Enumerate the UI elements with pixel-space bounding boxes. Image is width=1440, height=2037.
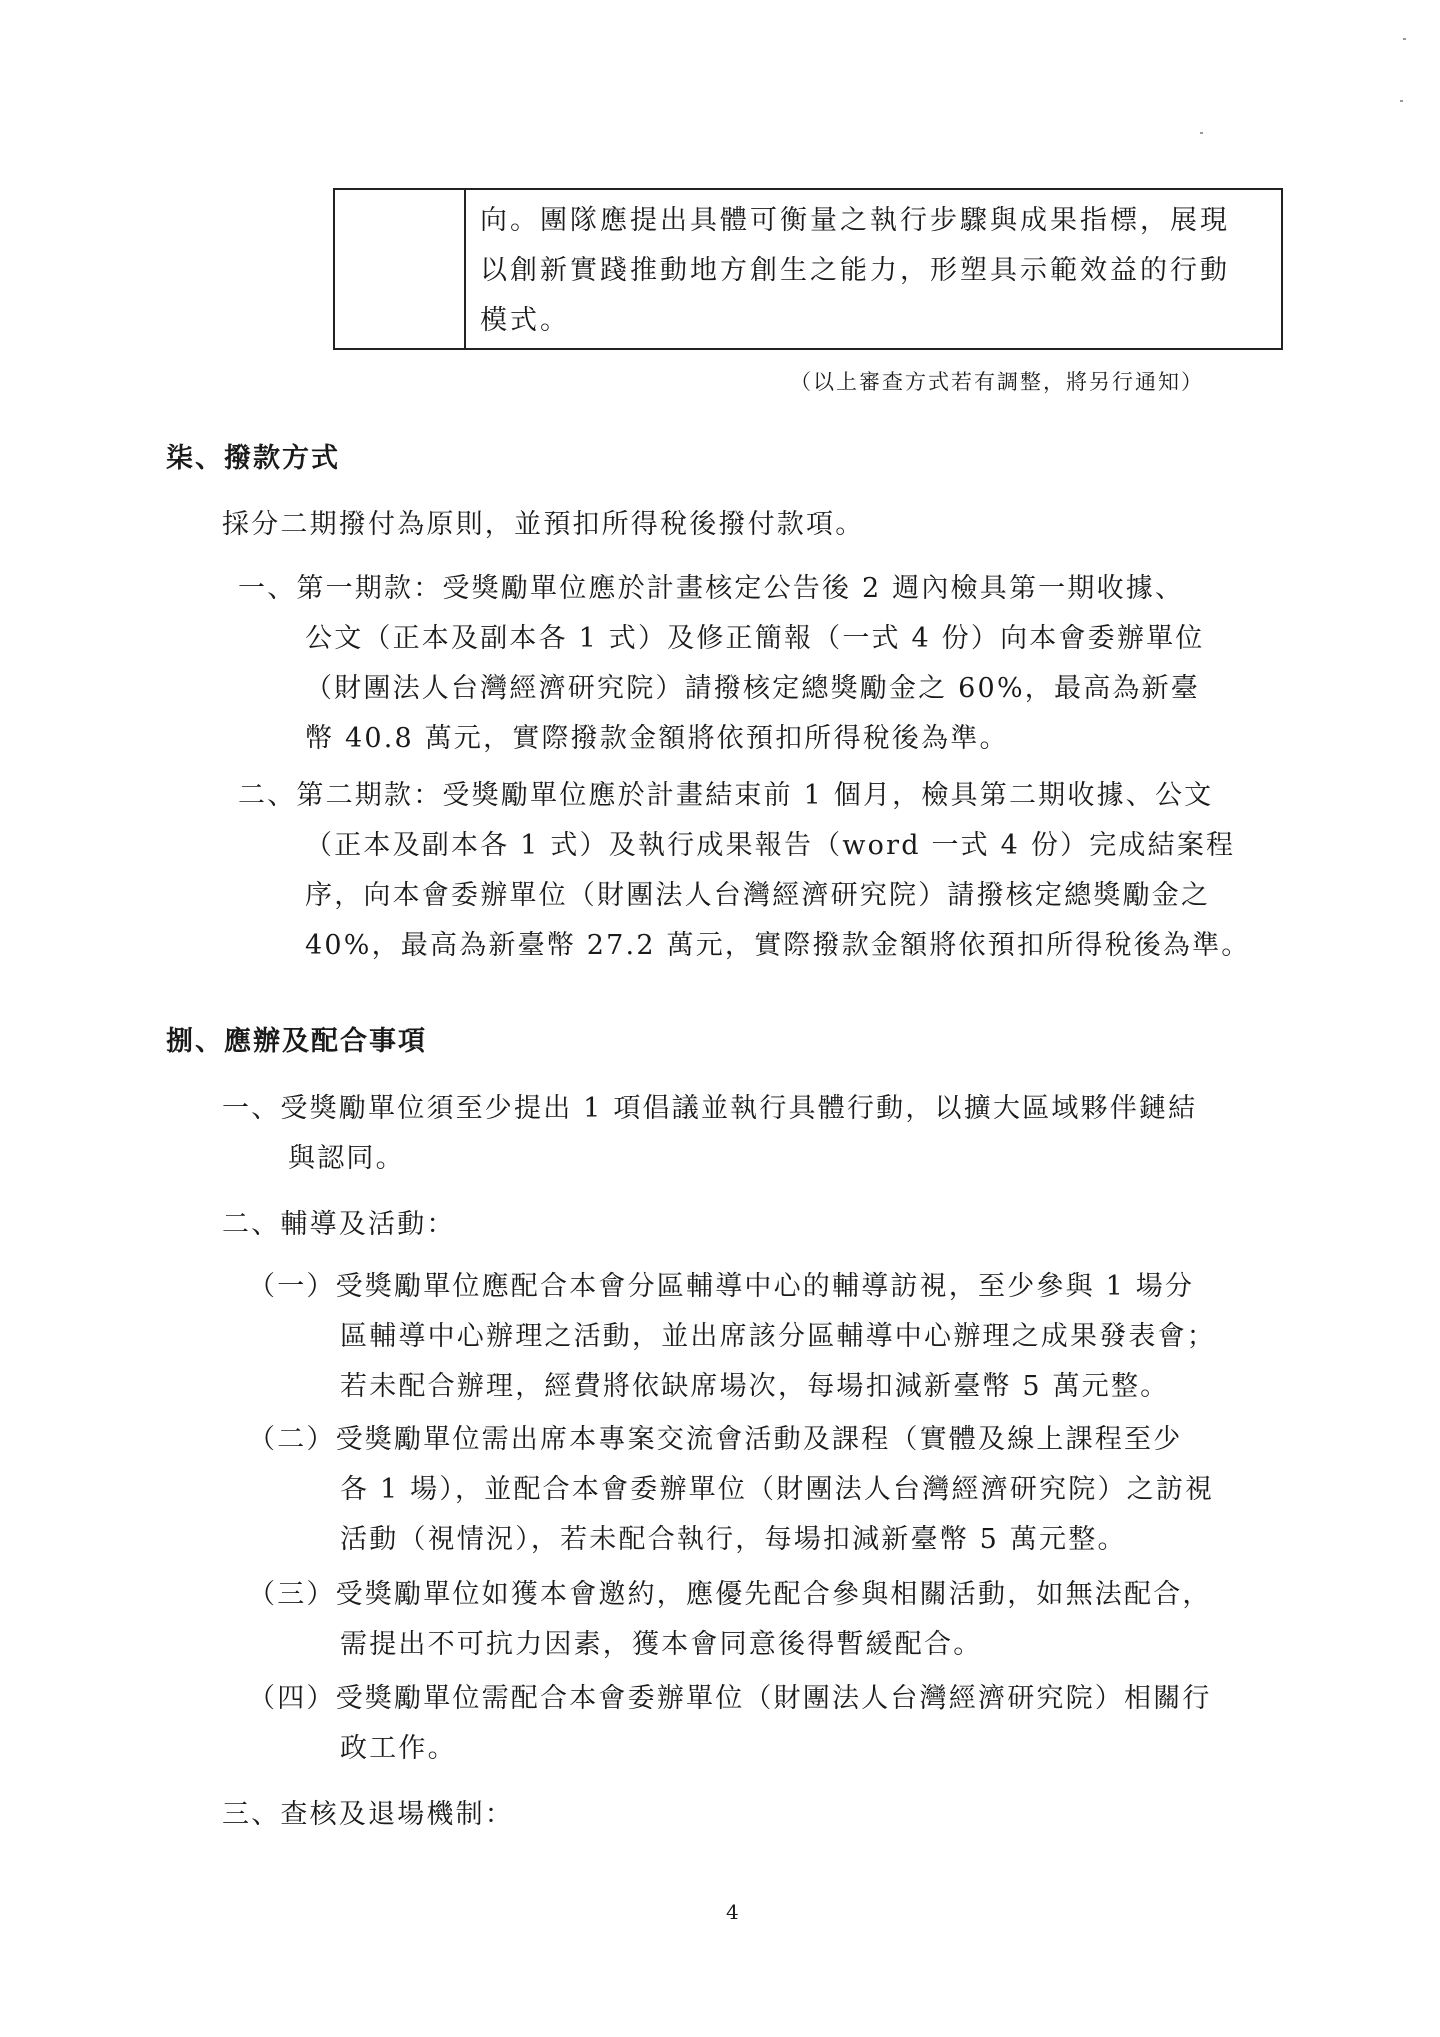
- subitem-line: （二）受獎勵單位需出席本專案交流會活動及課程（實體及線上課程至少: [248, 1423, 1182, 1457]
- scan-speck: [1403, 38, 1406, 40]
- obligation-item-line: 一、受獎勵單位須至少提出 1 項倡議並執行具體行動，以擴大區域夥伴鏈結: [222, 1092, 1197, 1126]
- table-cell-line: 模式。: [480, 304, 570, 338]
- item-line: 一、第一期款：受獎勵單位應於計畫核定公告後 2 週內檢具第一期收據、: [238, 572, 1184, 606]
- section-heading-obligations: 捌、應辦及配合事項: [166, 1025, 427, 1059]
- table-column-divider: [464, 190, 466, 348]
- section-heading-payment: 柒、撥款方式: [166, 442, 340, 476]
- scan-speck: [1200, 132, 1203, 134]
- item-line: 二、第二期款：受獎勵單位應於計畫結束前 1 個月，檢具第二期收據、公文: [238, 779, 1213, 813]
- obligation-item-title: 二、輔導及活動：: [222, 1208, 456, 1242]
- subitem-line: （一）受獎勵單位應配合本會分區輔導中心的輔導訪視，至少參與 1 場分: [248, 1270, 1194, 1304]
- item-line: 公文（正本及副本各 1 式）及修正簡報（一式 4 份）向本會委辦單位: [305, 622, 1205, 656]
- subitem-line: 活動（視情況），若未配合執行，每場扣減新臺幣 5 萬元整。: [340, 1523, 1127, 1557]
- subitem-line: （三）受獎勵單位如獲本會邀約，應優先配合參與相關活動，如無法配合，: [248, 1578, 1212, 1612]
- item-line: 幣 40.8 萬元，實際撥款金額將依預扣所得稅後為準。: [305, 722, 1009, 756]
- scan-speck: [1400, 100, 1403, 102]
- review-criteria-table: 向。團隊應提出具體可衡量之執行步驟與成果指標，展現 以創新實踐推動地方創生之能力…: [333, 188, 1283, 350]
- subitem-line: 若未配合辦理，經費將依缺席場次，每場扣減新臺幣 5 萬元整。: [340, 1370, 1169, 1404]
- obligation-item-title: 三、查核及退場機制：: [222, 1798, 514, 1832]
- subitem-line: 需提出不可抗力因素，獲本會同意後得暫緩配合。: [340, 1628, 982, 1662]
- table-cell-line: 向。團隊應提出具體可衡量之執行步驟與成果指標，展現: [480, 204, 1230, 238]
- subitem-line: 政工作。: [340, 1732, 457, 1766]
- review-note: （以上審查方式若有調整，將另行通知）: [790, 366, 1204, 396]
- subitem-line: 各 1 場），並配合本會委辦單位（財團法人台灣經濟研究院）之訪視: [340, 1473, 1214, 1507]
- subitem-line: （四）受獎勵單位需配合本會委辦單位（財團法人台灣經濟研究院）相關行: [248, 1682, 1212, 1716]
- item-line: （正本及副本各 1 式）及執行成果報告（word 一式 4 份）完成結案程: [305, 829, 1235, 863]
- subitem-line: 區輔導中心辦理之活動，並出席該分區輔導中心辦理之成果發表會；: [340, 1320, 1216, 1354]
- page-number: 4: [726, 1900, 739, 1924]
- item-line: （財團法人台灣經濟研究院）請撥核定總獎勵金之 60%，最高為新臺: [305, 672, 1200, 706]
- item-line: 序，向本會委辦單位（財團法人台灣經濟研究院）請撥核定總獎勵金之: [305, 879, 1210, 913]
- section-intro: 採分二期撥付為原則，並預扣所得稅後撥付款項。: [222, 508, 864, 542]
- table-cell-line: 以創新實踐推動地方創生之能力，形塑具示範效益的行動: [480, 254, 1230, 288]
- obligation-item-line: 與認同。: [288, 1142, 405, 1176]
- item-line: 40%，最高為新臺幣 27.2 萬元，實際撥款金額將依預扣所得稅後為準。: [305, 929, 1251, 963]
